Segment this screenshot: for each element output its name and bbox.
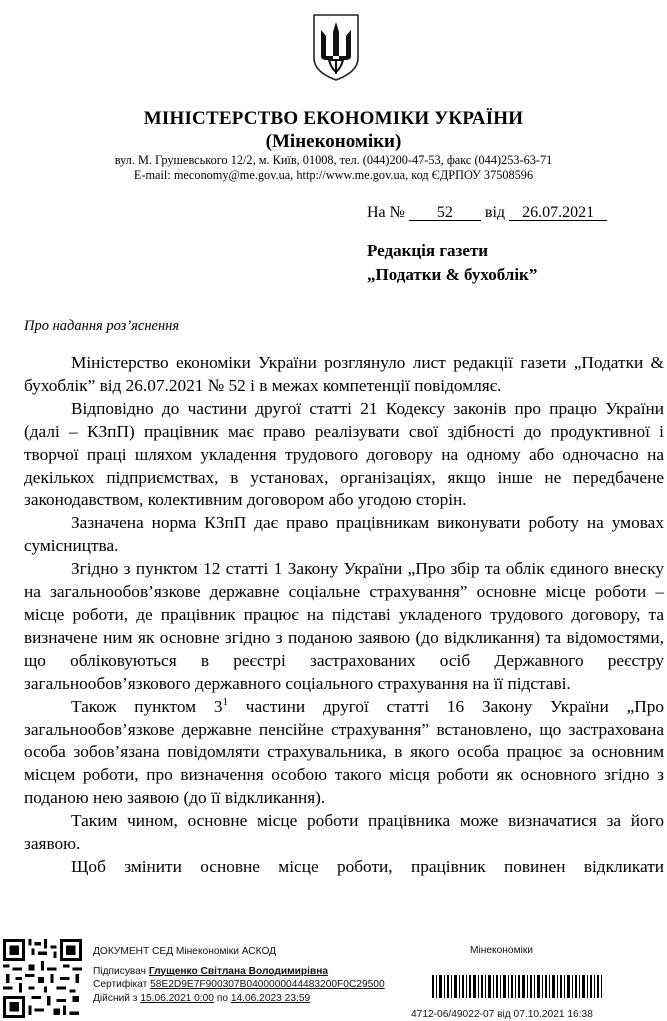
certificate-label: Сертифікат <box>93 979 147 990</box>
paragraph: Також пунктом 31 частини другої статті 1… <box>24 696 664 811</box>
signer-label: Підписувач <box>93 966 146 977</box>
reference-number: 52 <box>409 205 481 221</box>
paragraph-text: Також пунктом 3 <box>71 697 223 716</box>
reference-line: На № 52 від 26.07.2021 <box>367 204 607 222</box>
signer-name: Глущенко Світлана Володимирівна <box>149 966 328 977</box>
valid-to: 14.06.2023 23:59 <box>231 993 310 1004</box>
barcode-icon <box>432 975 602 998</box>
ministry-name: МІНІСТЕРСТВО ЕКОНОМІКИ УКРАЇНИ <box>0 108 667 130</box>
signature-details: ДОКУМЕНТ СЕД Мінекономіки АСКОД Підписув… <box>93 945 385 1005</box>
valid-to-label: по <box>217 993 228 1004</box>
valid-from: 15.06.2021 0:00 <box>140 993 214 1004</box>
recipient: Редакція газети „Податки & бухоблік” <box>367 239 537 287</box>
certificate-row: Сертифікат 58E2D9E7F900307B0400000044483… <box>93 978 385 992</box>
registration-number: 4712-06/49022-07 від 07.10.2021 16:38 <box>411 1009 593 1020</box>
ministry-short-name: (Мінекономіки) <box>0 131 667 153</box>
ministry-address: вул. М. Грушевського 12/2, м. Київ, 0100… <box>0 153 667 168</box>
certificate-id: 58E2D9E7F900307B0400000044483200F0C29500 <box>150 979 385 990</box>
letter-body: Міністерство економіки України розглянул… <box>24 352 664 879</box>
reference-prefix: На № <box>367 204 405 221</box>
ministry-contacts: E-mail: meconomy@me.gov.ua, http://www.m… <box>0 168 667 183</box>
letter-subject: Про надання роз’яснення <box>24 318 179 335</box>
trident-emblem-icon <box>311 12 361 82</box>
paragraph: Таким чином, основне місце роботи праців… <box>24 810 664 856</box>
recipient-line-1: Редакція газети <box>367 239 537 263</box>
signer-row: Підписувач Глущенко Світлана Володимирів… <box>93 965 385 979</box>
stamp-org: Мінекономіки <box>470 945 533 956</box>
e-signature-stamp: ДОКУМЕНТ СЕД Мінекономіки АСКОД Підписув… <box>0 935 667 1021</box>
stamp-title: ДОКУМЕНТ СЕД Мінекономіки АСКОД <box>93 945 385 959</box>
reference-date: 26.07.2021 <box>509 205 607 221</box>
paragraph: Згідно з пунктом 12 статті 1 Закону Укра… <box>24 558 664 695</box>
paragraph: Щоб змінити основне місце роботи, праців… <box>24 856 664 879</box>
paragraph: Міністерство економіки України розглянул… <box>24 352 664 398</box>
paragraph: Відповідно до частини другої статті 21 К… <box>24 398 664 513</box>
qr-code-icon[interactable] <box>3 939 82 1018</box>
validity-row: Дійсний з 15.06.2021 0:00 по 14.06.2023 … <box>93 992 385 1006</box>
valid-from-label: Дійсний з <box>93 993 137 1004</box>
recipient-line-2: „Податки & бухоблік” <box>367 263 537 287</box>
reference-date-label: від <box>485 204 505 221</box>
paragraph: Зазначена норма КЗпП дає право працівник… <box>24 512 664 558</box>
